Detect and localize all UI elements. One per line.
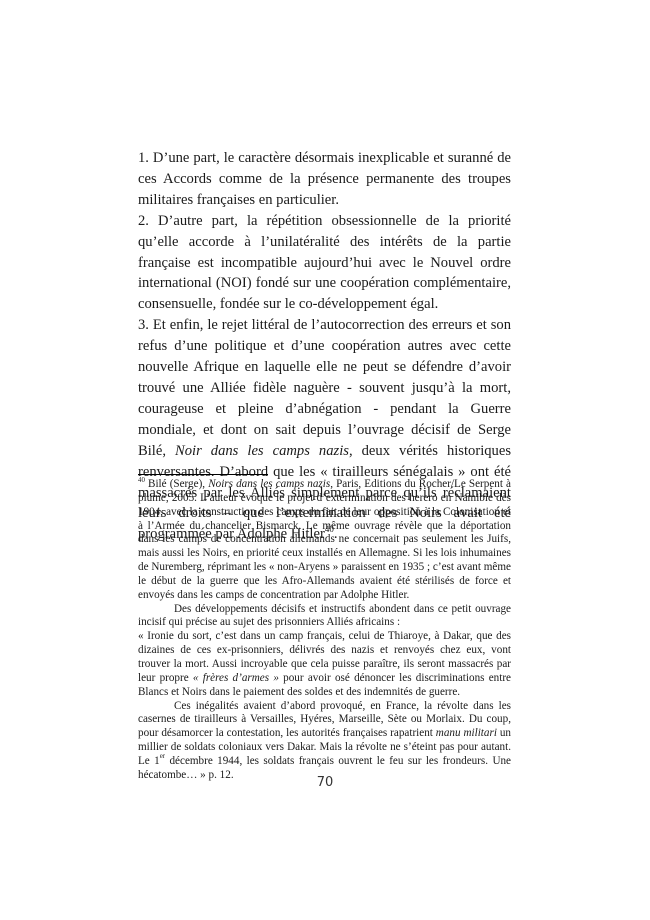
footnote-italic-latin: manu militari: [436, 727, 497, 739]
paragraph-point-1: 1. D’une part, le caractère désormais in…: [138, 148, 511, 211]
footnote-separator: [138, 474, 268, 475]
footnote-italic-phrase: « frères d’armes »: [193, 672, 279, 684]
book-title-italic: Noir dans les camps nazis: [175, 443, 349, 459]
footnotes-section: 40 Bilé (Serge), Noirs dans les camps na…: [138, 478, 511, 783]
ordinal-superscript: er: [160, 753, 165, 760]
footnote-40-paragraph-2: Des développements décisifs et instructi…: [138, 603, 511, 631]
paragraph-point-3-text-a: 3. Et enfin, le rejet littéral de l’auto…: [138, 317, 511, 458]
footnote-text: , Paris, Editions du Rocher/Le Serpent à…: [138, 478, 511, 601]
footnote-40-quote-paragraph-2: Ces inégalités avaient d’abord provoqué,…: [138, 700, 511, 783]
footnote-40-quote-paragraph: « Ironie du sort, c’est dans un camp fra…: [138, 630, 511, 699]
document-page: 1. D’une part, le caractère désormais in…: [0, 0, 650, 920]
page-number: 70: [0, 775, 650, 790]
footnote-40-paragraph-1: 40 Bilé (Serge), Noirs dans les camps na…: [138, 478, 511, 603]
footnote-text: Bilé (Serge),: [145, 478, 208, 490]
footnote-marker-40: 40: [138, 477, 145, 484]
footnote-book-title: Noirs dans les camps nazis: [208, 478, 330, 490]
paragraph-point-2: 2. D’autre part, la répétition obsession…: [138, 211, 511, 316]
